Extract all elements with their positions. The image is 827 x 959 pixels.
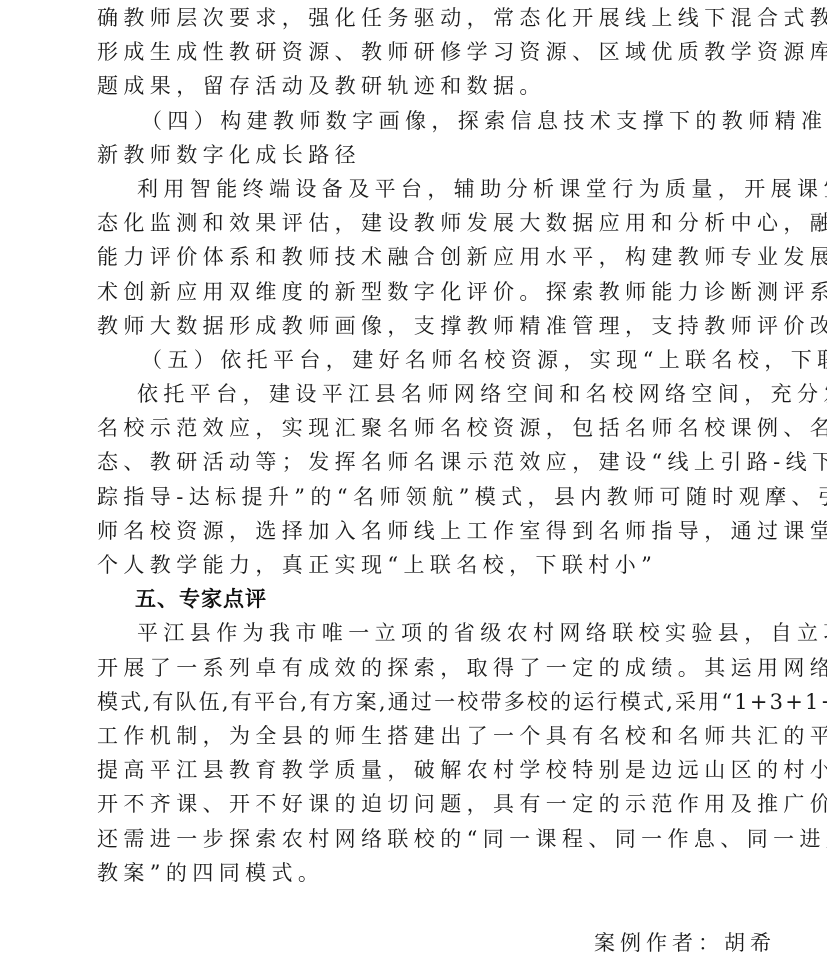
paragraph-line: 教案”的四同模式。: [97, 856, 737, 890]
paragraph-line: 题成果，留存活动及教研轨迹和数据。: [97, 69, 737, 103]
subsection-heading-5: （五）依托平台，建好名师名校资源，实现“上联名校，下联村小”: [97, 343, 737, 377]
case-author: 案例作者：胡希: [594, 926, 776, 959]
paragraph-line: 态、教研活动等；发挥名师名课示范效应，建设“线上引路-线下实践-跟: [97, 445, 737, 479]
paragraph-line: 名校示范效应，实现汇聚名师名校资源，包括名师名校课例、名师名校动: [97, 411, 737, 445]
subsection-heading-4-cont: 新教师数字化成长路径: [97, 138, 737, 172]
paragraph-line: 开展了一系列卓有成效的探索，取得了一定的成绩。其运用网络联校，有: [97, 651, 737, 685]
paragraph-line: 教师大数据形成教师画像，支撑教师精准管理，支持教师评价改革。: [97, 309, 737, 343]
subsection-heading-4: （四）构建教师数字画像，探索信息技术支撑下的教师精准评价，创: [97, 104, 737, 138]
paragraph-line: 提高平江县教育教学质量，破解农村学校特别是边远山区的村小、教学点: [97, 753, 737, 787]
paragraph-line: 模式,有队伍,有平台,有方案,通过一校带多校的运行模式,采用“1+3+1+N”: [97, 685, 737, 719]
section-heading-expert-review: 五、专家点评: [97, 582, 737, 616]
paragraph-line: 确教师层次要求，强化任务驱动，常态化开展线上线下混合式教研活动，: [97, 1, 737, 35]
paragraph-line: 术创新应用双维度的新型数字化评价。探索教师能力诊断测评系统，应用: [97, 275, 737, 309]
paragraph-line: 踪指导-达标提升”的“名师领航”模式，县内教师可随时观摩、引用名: [97, 480, 737, 514]
paragraph-line: 师名校资源，选择加入名师线上工作室得到名师指导，通过课堂实践提升: [97, 514, 737, 548]
paragraph-line: 开不齐课、开不好课的迫切问题，具有一定的示范作用及推广价值。未来: [97, 787, 737, 821]
paragraph-line: 还需进一步探索农村网络联校的“同一课程、同一作息、同一进度、同一: [97, 822, 737, 856]
paragraph-line: 工作机制，为全县的师生搭建出了一个具有名校和名师共汇的平台，全面: [97, 719, 737, 753]
paragraph-line: 态化监测和效果评估，建设教师发展大数据应用和分析中心，融合国家微: [97, 206, 737, 240]
document-body: 确教师层次要求，强化任务驱动，常态化开展线上线下混合式教研活动， 形成生成性教研…: [97, 1, 737, 890]
paragraph-line: 形成生成性教研资源、教师研修学习资源、区域优质教学资源库及区域课: [97, 35, 737, 69]
paragraph-line: 依托平台，建设平江县名师网络空间和名校网络空间，充分发挥名师: [97, 377, 737, 411]
paragraph-line: 个人教学能力，真正实现“上联名校，下联村小”: [97, 548, 737, 582]
paragraph-line: 利用智能终端设备及平台，辅助分析课堂行为质量，开展课堂教学常: [97, 172, 737, 206]
paragraph-line: 平江县作为我市唯一立项的省级农村网络联校实验县，自立项以来，: [97, 616, 737, 650]
paragraph-line: 能力评价体系和教师技术融合创新应用水平，构建教师专业发展、教师技: [97, 240, 737, 274]
